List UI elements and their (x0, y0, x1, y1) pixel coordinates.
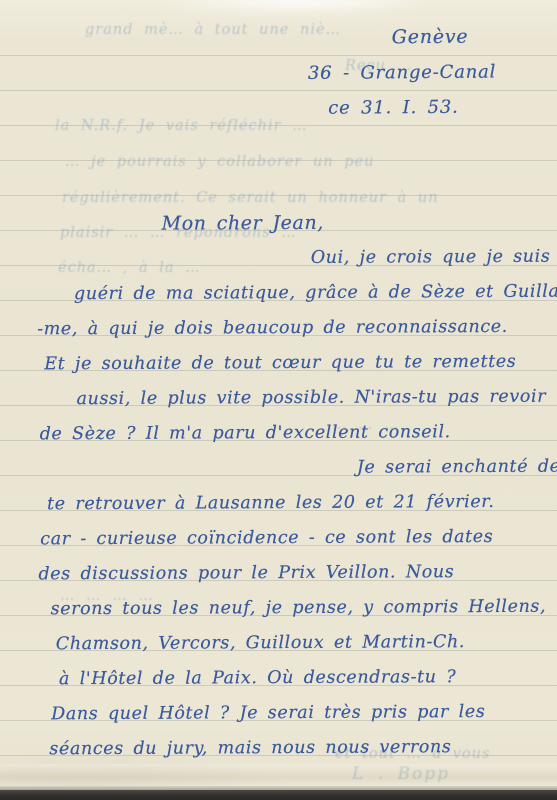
letter-body: Mon cher Jean, Oui, je crois que je suis… (34, 205, 552, 768)
letter-line: Oui, je crois que je suis (34, 240, 549, 278)
letter-line: aussi, le plus vite possible. N'iras-tu … (34, 380, 549, 418)
letter-line: serons tous les neuf, je pense, y compri… (36, 590, 551, 628)
letter-line: car - curieuse coïncidence - ce sont les… (35, 520, 550, 558)
letter-line: -me, à qui je dois beaucoup de reconnais… (34, 310, 549, 348)
letter-date: ce 31. I. 53. (300, 89, 550, 126)
letter-line: à l'Hôtel de la Paix. Où descendras-tu ? (36, 660, 551, 698)
letter-line: Et je souhaite de tout cœur que tu te re… (34, 345, 549, 383)
paper-crease (150, 0, 470, 22)
bleed-through-line: la N.R.f. Je vais réfléchir … (55, 118, 308, 134)
bottom-fold-crease (0, 764, 557, 786)
letter-line: Je serai enchanté de (35, 450, 550, 488)
bleed-through-line: … je pourrais y collaborer un peu (65, 154, 374, 170)
letter-line: Chamson, Vercors, Guilloux et Martin-Ch. (36, 625, 551, 663)
letter-header: Genève 36 - Grange-Canal ce 31. I. 53. (300, 19, 551, 126)
letter-line: guéri de ma sciatique, grâce à de Sèze e… (34, 275, 549, 313)
letter-line: te retrouver à Lausanne les 20 et 21 fév… (35, 485, 550, 523)
scan-background-edge (0, 790, 557, 800)
letter-place: Genève (300, 19, 550, 56)
salutation: Mon cher Jean, (34, 205, 549, 243)
ruled-line (0, 195, 557, 196)
letter-sheet: grand mè… à tout une niè…Reçu …la N.R.f.… (0, 0, 557, 800)
ruled-line (0, 125, 557, 126)
letter-line: séances du jury, mais nous nous verrons (36, 730, 551, 768)
letter-line: Dans quel Hôtel ? Je serai très pris par… (36, 695, 551, 733)
ruled-line (0, 160, 557, 161)
bleed-through-signature: L . Bopp (352, 764, 450, 784)
bleed-through-line: régulièrement. Ce serait un honneur à un (62, 190, 439, 206)
letter-address: 36 - Grange-Canal (300, 54, 550, 91)
letter-line: de Sèze ? Il m'a paru d'excellent consei… (35, 415, 550, 453)
letter-line: des discussions pour le Prix Veillon. No… (35, 555, 550, 593)
